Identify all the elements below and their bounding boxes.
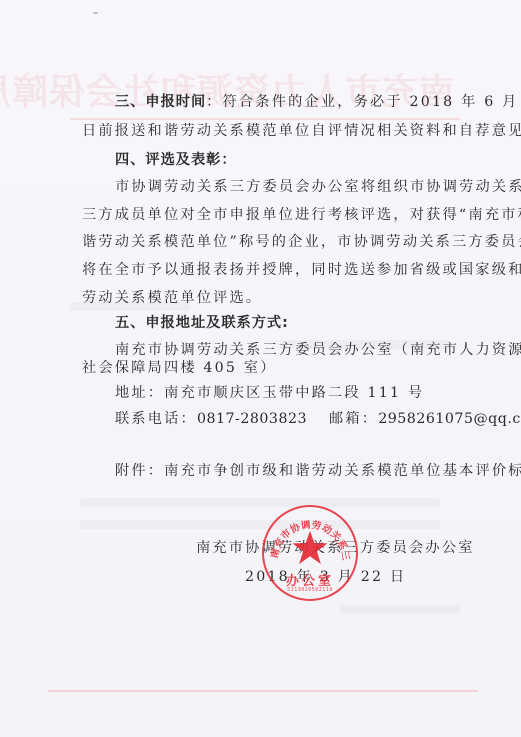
address-value: 南充市顺庆区玉带中路二段 111 号 bbox=[164, 385, 424, 401]
section-four-line-5: 劳动关系模范单位评选。 bbox=[82, 289, 262, 307]
office-line-1: 南充市协调劳动关系三方委员会办公室（南充市人力资源和 bbox=[115, 341, 521, 359]
document-page: 南充市人力资源和社会保障局 三、申报时间：符合条件的企业，务必于 2018 年 … bbox=[0, 0, 521, 737]
section-three-line-1: 三、申报时间：符合条件的企业，务必于 2018 年 6 月 30 bbox=[115, 93, 521, 111]
contact-line: 联系电话：0817-2803823邮箱：2958261075@qq.com bbox=[115, 410, 521, 428]
bleed-through-rule bbox=[70, 118, 460, 120]
address-label: 地址： bbox=[115, 385, 164, 401]
office-line-2: 社会保障局四楼 405 室） bbox=[82, 359, 277, 377]
email-label: 邮箱： bbox=[329, 411, 378, 427]
seal-star-icon bbox=[291, 529, 329, 567]
section-four-line-1: 市协调劳动关系三方委员会办公室将组织市协调劳动关系 bbox=[115, 178, 521, 196]
attachment-label: 附件： bbox=[115, 463, 164, 479]
phone-label: 联系电话： bbox=[115, 411, 197, 427]
section-three-line-2: 日前报送和谐劳动关系模范单位自评情况相关资料和自荐意见。 bbox=[82, 122, 521, 140]
bleed-through-text bbox=[80, 498, 440, 507]
section-three-heading: 三、申报时间 bbox=[115, 94, 206, 110]
scan-speck bbox=[93, 12, 98, 14]
email-value: 2958261075@qq.com bbox=[378, 411, 521, 427]
section-four-line-3: 谐劳动关系模范单位”称号的企业，市协调劳动关系三方委员会 bbox=[82, 233, 521, 251]
bleed-through-bottom-rule bbox=[48, 690, 478, 692]
bleed-through-text bbox=[340, 605, 460, 614]
bleed-through-text bbox=[80, 520, 440, 529]
section-four-line-2: 三方成员单位对全市申报单位进行考核评选，对获得“南充市和 bbox=[82, 206, 521, 224]
section-five-heading: 五、申报地址及联系方式: bbox=[115, 314, 289, 332]
seal-code: 5113020502119 bbox=[264, 587, 356, 593]
section-four-heading: 四、评选及表彰： bbox=[115, 151, 237, 169]
phone-value: 0817-2803823 bbox=[197, 411, 307, 427]
section-four-line-4: 将在全市予以通报表扬并授牌，同时选送参加省级或国家级和谐 bbox=[82, 261, 521, 279]
section-three-text: ：符合条件的企业，务必于 2018 年 6 月 30 bbox=[206, 94, 521, 110]
address-line: 地址：南充市顺庆区玉带中路二段 111 号 bbox=[115, 384, 424, 402]
official-seal: 南充市协调劳动关系三方委员会 办公室 5113020502119 bbox=[262, 505, 358, 601]
attachment-title: 南充市争创市级和谐劳动关系模范单位基本评价标准 bbox=[164, 463, 521, 479]
attachment-line: 附件：南充市争创市级和谐劳动关系模范单位基本评价标准 bbox=[115, 462, 521, 480]
